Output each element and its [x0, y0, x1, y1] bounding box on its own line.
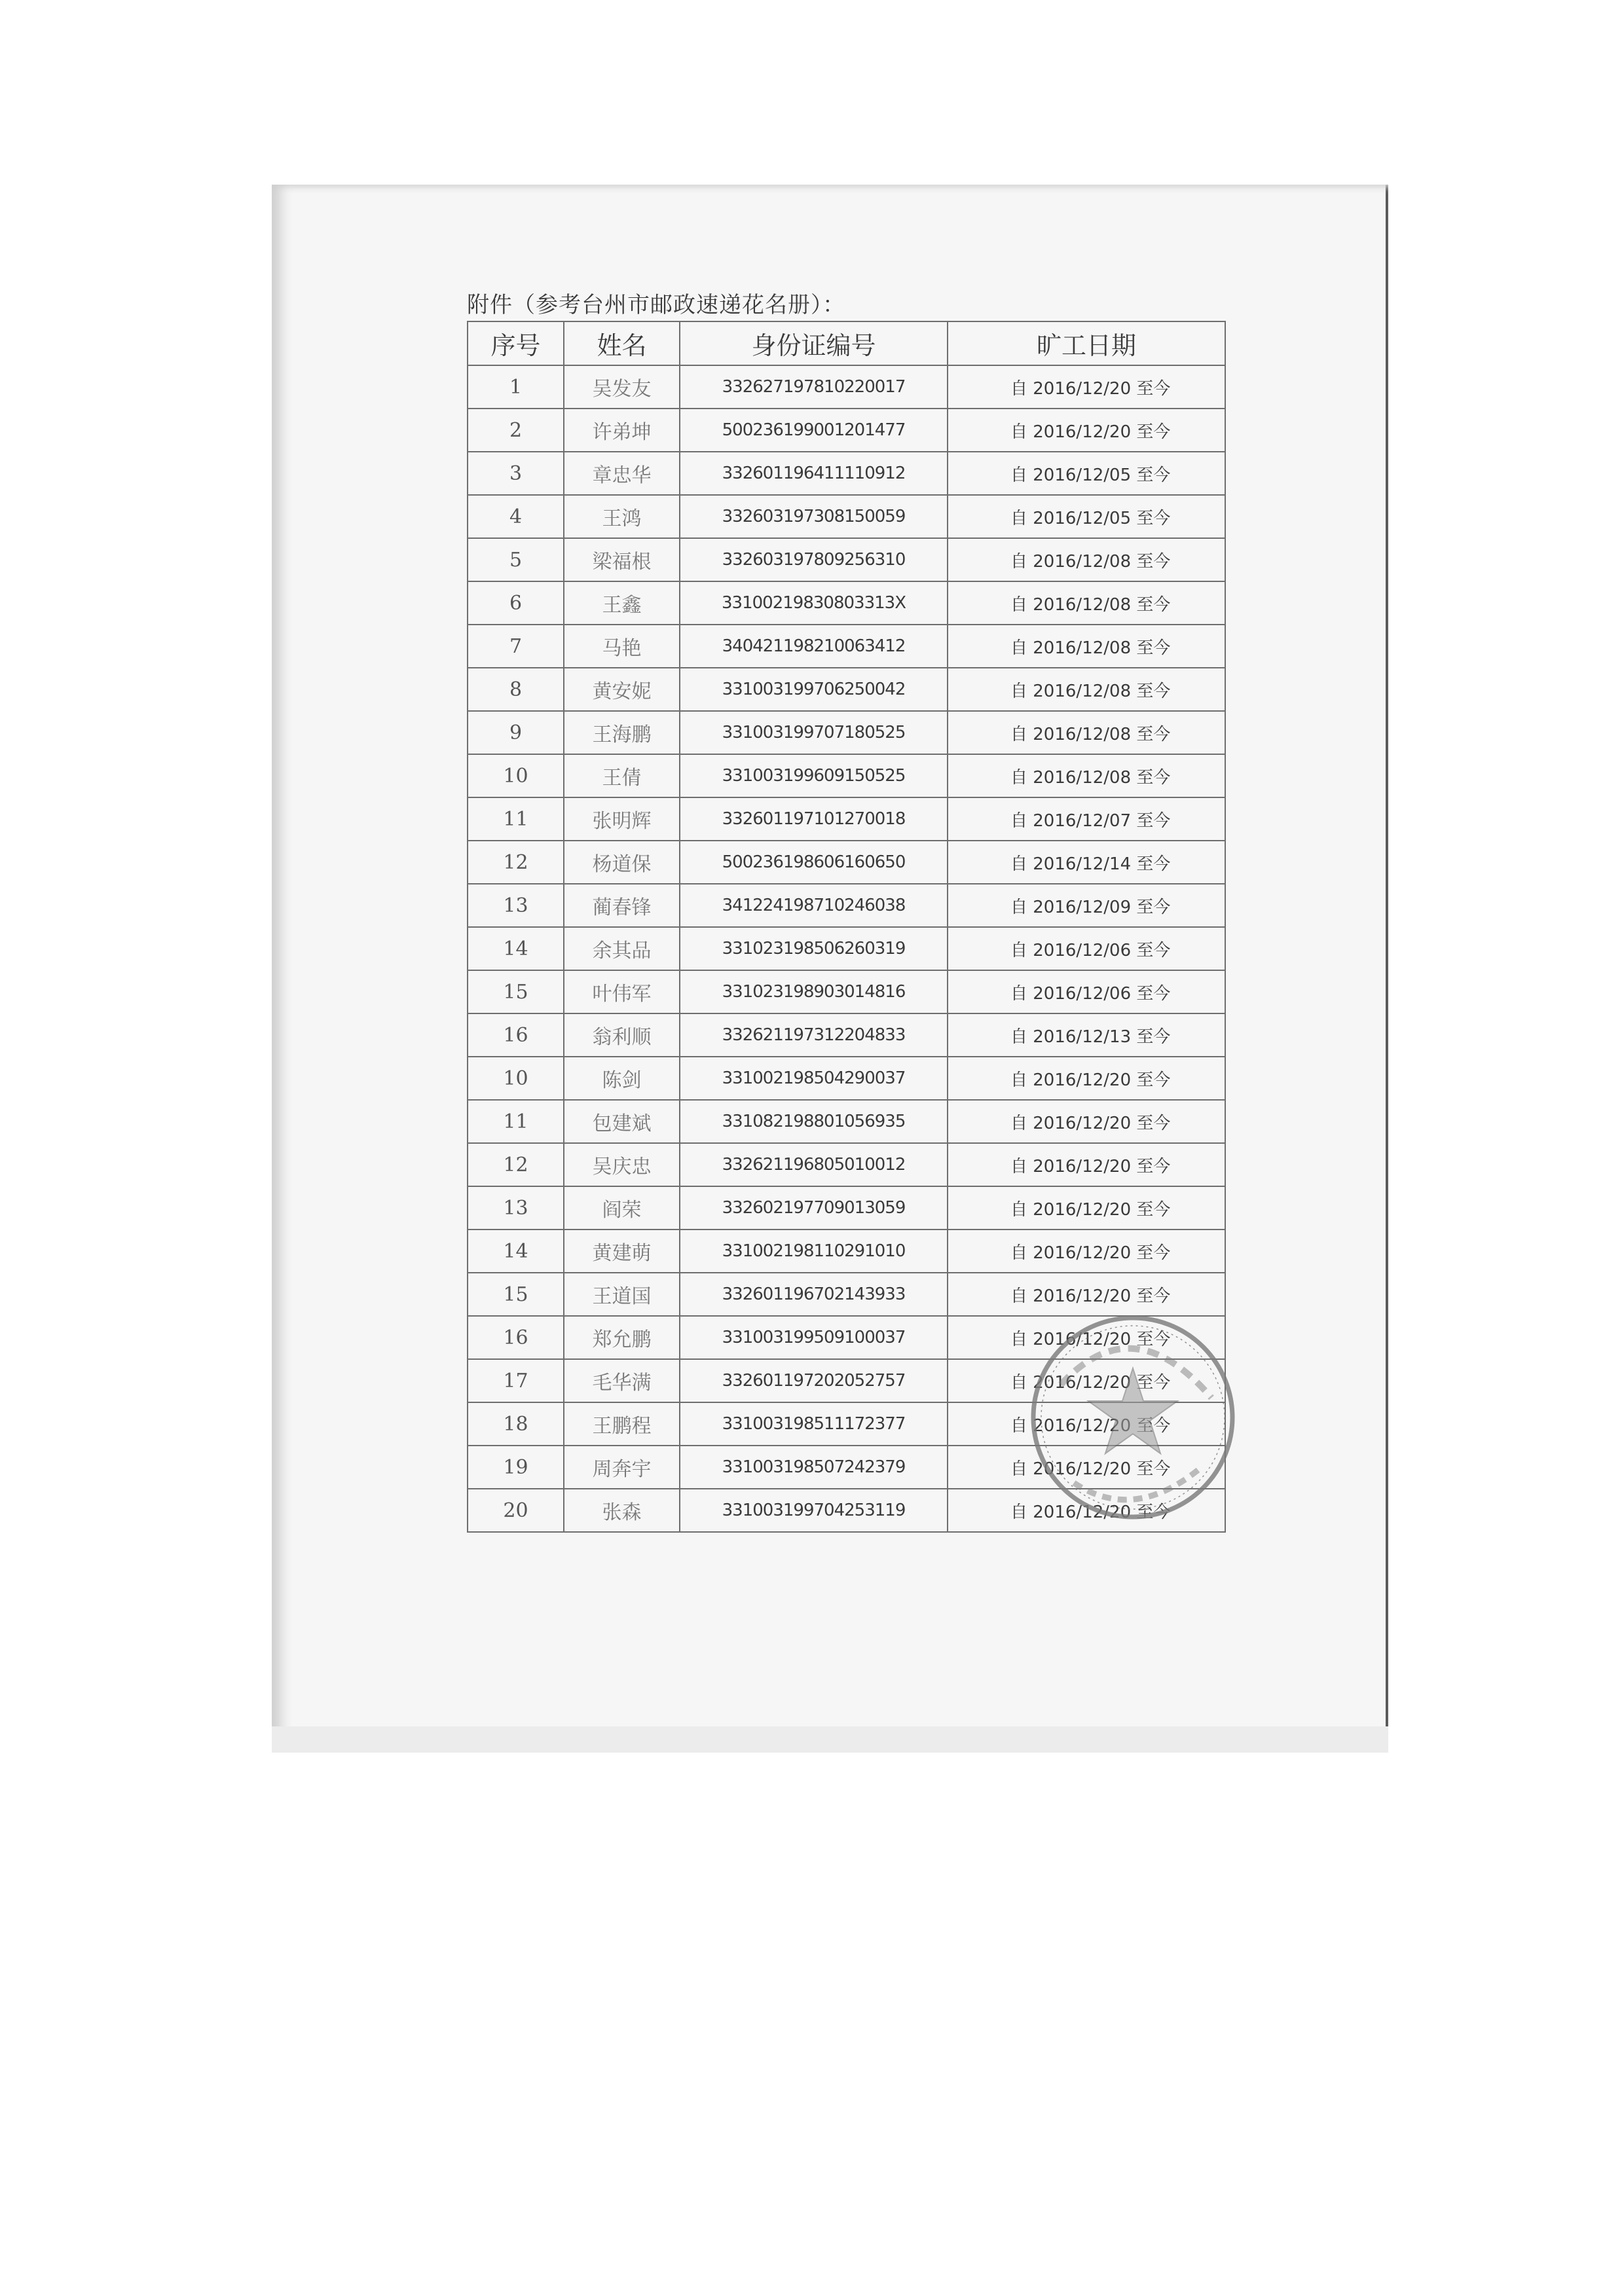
- name-cell: 王海鹏: [564, 711, 680, 754]
- absence-date-cell: 自 2016/12/06 至今: [948, 927, 1225, 970]
- id-number-cell: 331023198506260319: [680, 927, 948, 970]
- name-cell: 郑允鹏: [564, 1316, 680, 1359]
- name-cell: 梁福根: [564, 538, 680, 581]
- table-row: 3章忠华332601196411110912自 2016/12/05 至今: [468, 452, 1225, 495]
- id-number-cell: 332603197809256310: [680, 538, 948, 581]
- id-number-cell: 500236199001201477: [680, 409, 948, 452]
- seq-no-cell: 16: [468, 1013, 564, 1057]
- id-number-cell: 341224198710246038: [680, 884, 948, 927]
- absence-date-cell: 自 2016/12/20 至今: [948, 1316, 1225, 1359]
- name-cell: 许弟坤: [564, 409, 680, 452]
- seq-no-cell: 12: [468, 1143, 564, 1186]
- table-row: 15叶伟军331023198903014816自 2016/12/06 至今: [468, 970, 1225, 1013]
- name-cell: 阎荣: [564, 1186, 680, 1230]
- id-number-cell: 332601197202052757: [680, 1359, 948, 1402]
- seq-no-cell: 3: [468, 452, 564, 495]
- name-cell: 吴发友: [564, 365, 680, 409]
- table-row: 4王鸿332603197308150059自 2016/12/05 至今: [468, 495, 1225, 538]
- table-row: 14余其品331023198506260319自 2016/12/06 至今: [468, 927, 1225, 970]
- absence-date-cell: 自 2016/12/20 至今: [948, 1402, 1225, 1446]
- seq-no-cell: 6: [468, 581, 564, 625]
- table-row: 10陈剑331002198504290037自 2016/12/20 至今: [468, 1057, 1225, 1100]
- table-row: 6王鑫33100219830803313X自 2016/12/08 至今: [468, 581, 1225, 625]
- seq-no-cell: 1: [468, 365, 564, 409]
- absence-date-cell: 自 2016/12/13 至今: [948, 1013, 1225, 1057]
- absence-date-cell: 自 2016/12/08 至今: [948, 538, 1225, 581]
- absence-date-cell: 自 2016/12/09 至今: [948, 884, 1225, 927]
- header-name: 姓名: [564, 321, 680, 365]
- name-cell: 张森: [564, 1489, 680, 1532]
- table-row: 7马艳340421198210063412自 2016/12/08 至今: [468, 625, 1225, 668]
- seq-no-cell: 2: [468, 409, 564, 452]
- table-row: 2许弟坤500236199001201477自 2016/12/20 至今: [468, 409, 1225, 452]
- table-row: 12杨道保500236198606160650自 2016/12/14 至今: [468, 841, 1225, 884]
- table-row: 13蔺春锋341224198710246038自 2016/12/09 至今: [468, 884, 1225, 927]
- name-cell: 王鹏程: [564, 1402, 680, 1446]
- seq-no-cell: 11: [468, 1100, 564, 1143]
- seq-no-cell: 15: [468, 1273, 564, 1316]
- id-number-cell: 331003198511172377: [680, 1402, 948, 1446]
- table-row: 12吴庆忠332621196805010012自 2016/12/20 至今: [468, 1143, 1225, 1186]
- id-number-cell: 340421198210063412: [680, 625, 948, 668]
- absence-date-cell: 自 2016/12/08 至今: [948, 711, 1225, 754]
- id-number-cell: 332601197101270018: [680, 797, 948, 841]
- name-cell: 陈剑: [564, 1057, 680, 1100]
- id-number-cell: 332621197312204833: [680, 1013, 948, 1057]
- seq-no-cell: 5: [468, 538, 564, 581]
- id-number-cell: 331003199704253119: [680, 1489, 948, 1532]
- absence-roster-table: 序号 姓名 身份证编号 旷工日期 1吴发友332627197810220017自…: [467, 321, 1226, 1533]
- absence-date-cell: 自 2016/12/20 至今: [948, 1143, 1225, 1186]
- id-number-cell: 332603197308150059: [680, 495, 948, 538]
- absence-date-cell: 自 2016/12/20 至今: [948, 409, 1225, 452]
- seq-no-cell: 12: [468, 841, 564, 884]
- table-row: 14黄建萌331002198110291010自 2016/12/20 至今: [468, 1230, 1225, 1273]
- id-number-cell: 332601196411110912: [680, 452, 948, 495]
- name-cell: 吴庆忠: [564, 1143, 680, 1186]
- table-row: 10王倩331003199609150525自 2016/12/08 至今: [468, 754, 1225, 797]
- id-number-cell: 331003199706250042: [680, 668, 948, 711]
- table-row: 13阎荣332602197709013059自 2016/12/20 至今: [468, 1186, 1225, 1230]
- id-number-cell: 332601196702143933: [680, 1273, 948, 1316]
- id-number-cell: 331002198504290037: [680, 1057, 948, 1100]
- name-cell: 张明辉: [564, 797, 680, 841]
- id-number-cell: 331003199609150525: [680, 754, 948, 797]
- seq-no-cell: 16: [468, 1316, 564, 1359]
- seq-no-cell: 14: [468, 927, 564, 970]
- table-row: 20张森331003199704253119自 2016/12/20 至今: [468, 1489, 1225, 1532]
- absence-date-cell: 自 2016/12/20 至今: [948, 365, 1225, 409]
- table-row: 8黄安妮331003199706250042自 2016/12/08 至今: [468, 668, 1225, 711]
- name-cell: 王道国: [564, 1273, 680, 1316]
- name-cell: 马艳: [564, 625, 680, 668]
- table-row: 19周奔宇331003198507242379自 2016/12/20 至今: [468, 1446, 1225, 1489]
- table-row: 1吴发友332627197810220017自 2016/12/20 至今: [468, 365, 1225, 409]
- name-cell: 周奔宇: [564, 1446, 680, 1489]
- id-number-cell: 331003198507242379: [680, 1446, 948, 1489]
- seq-no-cell: 13: [468, 1186, 564, 1230]
- id-number-cell: 331082198801056935: [680, 1100, 948, 1143]
- seq-no-cell: 17: [468, 1359, 564, 1402]
- name-cell: 黄安妮: [564, 668, 680, 711]
- seq-no-cell: 4: [468, 495, 564, 538]
- name-cell: 翁利顺: [564, 1013, 680, 1057]
- seq-no-cell: 15: [468, 970, 564, 1013]
- seq-no-cell: 11: [468, 797, 564, 841]
- id-number-cell: 331023198903014816: [680, 970, 948, 1013]
- absence-date-cell: 自 2016/12/08 至今: [948, 754, 1225, 797]
- header-absence-date: 旷工日期: [948, 321, 1225, 365]
- seq-no-cell: 8: [468, 668, 564, 711]
- seq-no-cell: 20: [468, 1489, 564, 1532]
- table-row: 5梁福根332603197809256310自 2016/12/08 至今: [468, 538, 1225, 581]
- name-cell: 章忠华: [564, 452, 680, 495]
- id-number-cell: 332627197810220017: [680, 365, 948, 409]
- table-row: 15王道国332601196702143933自 2016/12/20 至今: [468, 1273, 1225, 1316]
- table-row: 11张明辉332601197101270018自 2016/12/07 至今: [468, 797, 1225, 841]
- name-cell: 杨道保: [564, 841, 680, 884]
- seq-no-cell: 10: [468, 754, 564, 797]
- id-number-cell: 331002198110291010: [680, 1230, 948, 1273]
- seq-no-cell: 18: [468, 1402, 564, 1446]
- absence-date-cell: 自 2016/12/08 至今: [948, 581, 1225, 625]
- absence-date-cell: 自 2016/12/20 至今: [948, 1273, 1225, 1316]
- id-number-cell: 331003199509100037: [680, 1316, 948, 1359]
- name-cell: 包建斌: [564, 1100, 680, 1143]
- absence-date-cell: 自 2016/12/05 至今: [948, 452, 1225, 495]
- table-body: 1吴发友332627197810220017自 2016/12/20 至今2许弟…: [468, 365, 1225, 1532]
- seq-no-cell: 7: [468, 625, 564, 668]
- id-number-cell: 331003199707180525: [680, 711, 948, 754]
- seq-no-cell: 19: [468, 1446, 564, 1489]
- absence-date-cell: 自 2016/12/20 至今: [948, 1100, 1225, 1143]
- absence-date-cell: 自 2016/12/05 至今: [948, 495, 1225, 538]
- name-cell: 毛华满: [564, 1359, 680, 1402]
- name-cell: 余其品: [564, 927, 680, 970]
- absence-date-cell: 自 2016/12/20 至今: [948, 1446, 1225, 1489]
- table-row: 11包建斌331082198801056935自 2016/12/20 至今: [468, 1100, 1225, 1143]
- seq-no-cell: 9: [468, 711, 564, 754]
- id-number-cell: 332621196805010012: [680, 1143, 948, 1186]
- name-cell: 王倩: [564, 754, 680, 797]
- scan-bottom-edge: [272, 1726, 1388, 1753]
- name-cell: 叶伟军: [564, 970, 680, 1013]
- table-row: 16郑允鹏331003199509100037自 2016/12/20 至今: [468, 1316, 1225, 1359]
- absence-date-cell: 自 2016/12/20 至今: [948, 1186, 1225, 1230]
- name-cell: 王鑫: [564, 581, 680, 625]
- absence-date-cell: 自 2016/12/20 至今: [948, 1057, 1225, 1100]
- table-row: 9王海鹏331003199707180525自 2016/12/08 至今: [468, 711, 1225, 754]
- seq-no-cell: 13: [468, 884, 564, 927]
- attachment-caption: 附件（参考台州市邮政速递花名册）：: [467, 287, 845, 319]
- absence-date-cell: 自 2016/12/14 至今: [948, 841, 1225, 884]
- header-id-number: 身份证编号: [680, 321, 948, 365]
- absence-date-cell: 自 2016/12/20 至今: [948, 1489, 1225, 1532]
- name-cell: 黄建萌: [564, 1230, 680, 1273]
- absence-date-cell: 自 2016/12/20 至今: [948, 1230, 1225, 1273]
- table-row: 17毛华满332601197202052757自 2016/12/20 至今: [468, 1359, 1225, 1402]
- header-seq-no: 序号: [468, 321, 564, 365]
- id-number-cell: 332602197709013059: [680, 1186, 948, 1230]
- table-header-row: 序号 姓名 身份证编号 旷工日期: [468, 321, 1225, 365]
- name-cell: 王鸿: [564, 495, 680, 538]
- seq-no-cell: 14: [468, 1230, 564, 1273]
- absence-date-cell: 自 2016/12/20 至今: [948, 1359, 1225, 1402]
- table-row: 18王鹏程331003198511172377自 2016/12/20 至今: [468, 1402, 1225, 1446]
- name-cell: 蔺春锋: [564, 884, 680, 927]
- id-number-cell: 33100219830803313X: [680, 581, 948, 625]
- id-number-cell: 500236198606160650: [680, 841, 948, 884]
- absence-date-cell: 自 2016/12/07 至今: [948, 797, 1225, 841]
- absence-date-cell: 自 2016/12/08 至今: [948, 668, 1225, 711]
- absence-date-cell: 自 2016/12/06 至今: [948, 970, 1225, 1013]
- seq-no-cell: 10: [468, 1057, 564, 1100]
- absence-date-cell: 自 2016/12/08 至今: [948, 625, 1225, 668]
- table-row: 16翁利顺332621197312204833自 2016/12/13 至今: [468, 1013, 1225, 1057]
